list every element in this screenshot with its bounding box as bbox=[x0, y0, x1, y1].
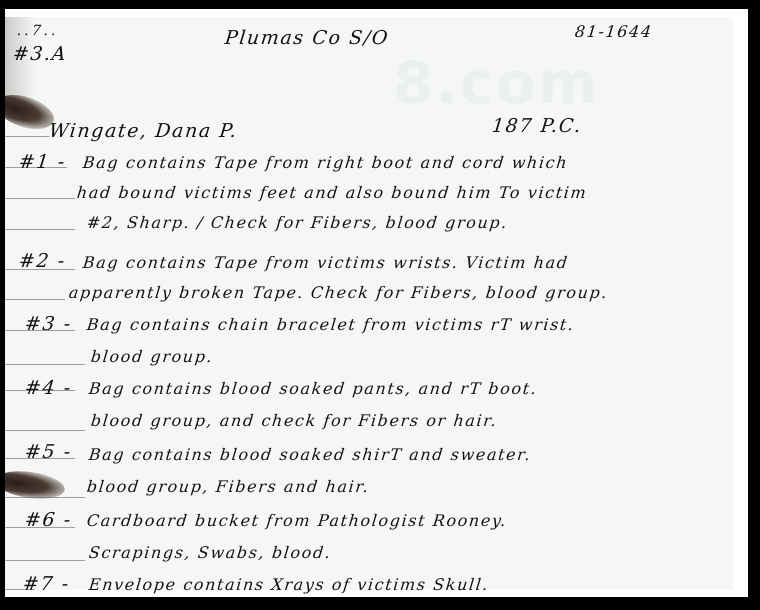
item-3-line-1: Bag contains chain bracelet from victims… bbox=[86, 315, 576, 334]
item-3-line-2: blood group. bbox=[90, 347, 214, 366]
faint-watermark: 8.com bbox=[393, 49, 600, 117]
ruled-line bbox=[5, 136, 49, 137]
item-7-line-1: Envelope contains Xrays of victims Skull… bbox=[88, 575, 490, 594]
item-6-line-1: Cardboard bucket from Pathologist Rooney… bbox=[86, 511, 508, 530]
ruled-line bbox=[5, 560, 85, 561]
item-2-line-2: apparently broken Tape. Check for Fibers… bbox=[68, 283, 609, 302]
ruled-line bbox=[5, 198, 75, 199]
item-5-line-1: Bag contains blood soaked shirT and swea… bbox=[88, 445, 532, 464]
scanned-document-page: 8.com ..7.. #3.A Plumas Co S/O 81-1644 W… bbox=[5, 9, 748, 597]
subject-name: Wingate, Dana P. bbox=[48, 120, 239, 142]
ruled-line bbox=[5, 430, 85, 431]
item-number-4: #4 - bbox=[24, 377, 73, 399]
item-1-line-2: had bound victims feet and also bound hi… bbox=[76, 183, 588, 202]
item-number-2: #2 - bbox=[18, 250, 67, 272]
paper-surface: 8.com ..7.. #3.A Plumas Co S/O 81-1644 W… bbox=[5, 17, 733, 590]
ruled-line bbox=[5, 299, 65, 300]
item-number-1: #1 - bbox=[18, 151, 67, 173]
agency-label: Plumas Co S/O bbox=[224, 27, 390, 49]
ruled-line bbox=[5, 364, 85, 365]
corner-mark: #3.A bbox=[12, 43, 68, 65]
item-4-line-1: Bag contains blood soaked pants, and rT … bbox=[88, 379, 539, 398]
case-number: 81-1644 bbox=[574, 22, 654, 41]
ruled-line bbox=[5, 229, 75, 230]
item-number-3: #3 - bbox=[24, 313, 73, 335]
item-1-line-3: #2, Sharp. / Check for Fibers, blood gro… bbox=[86, 213, 509, 232]
penal-code: 187 P.C. bbox=[491, 115, 583, 137]
item-2-line-1: Bag contains Tape from victims wrists. V… bbox=[82, 253, 570, 272]
item-1-line-1: Bag contains Tape from right boot and co… bbox=[82, 153, 569, 172]
item-5-line-2: blood group, Fibers and hair. bbox=[86, 477, 371, 496]
item-4-line-2: blood group, and check for Fibers or hai… bbox=[90, 411, 499, 430]
item-number-6: #6 - bbox=[24, 509, 73, 531]
corner-dots: ..7.. bbox=[16, 23, 59, 39]
item-6-line-2: Scrapings, Swabs, blood. bbox=[88, 543, 333, 562]
item-number-5: #5 - bbox=[24, 441, 73, 463]
item-number-7: #7 - bbox=[22, 573, 71, 595]
